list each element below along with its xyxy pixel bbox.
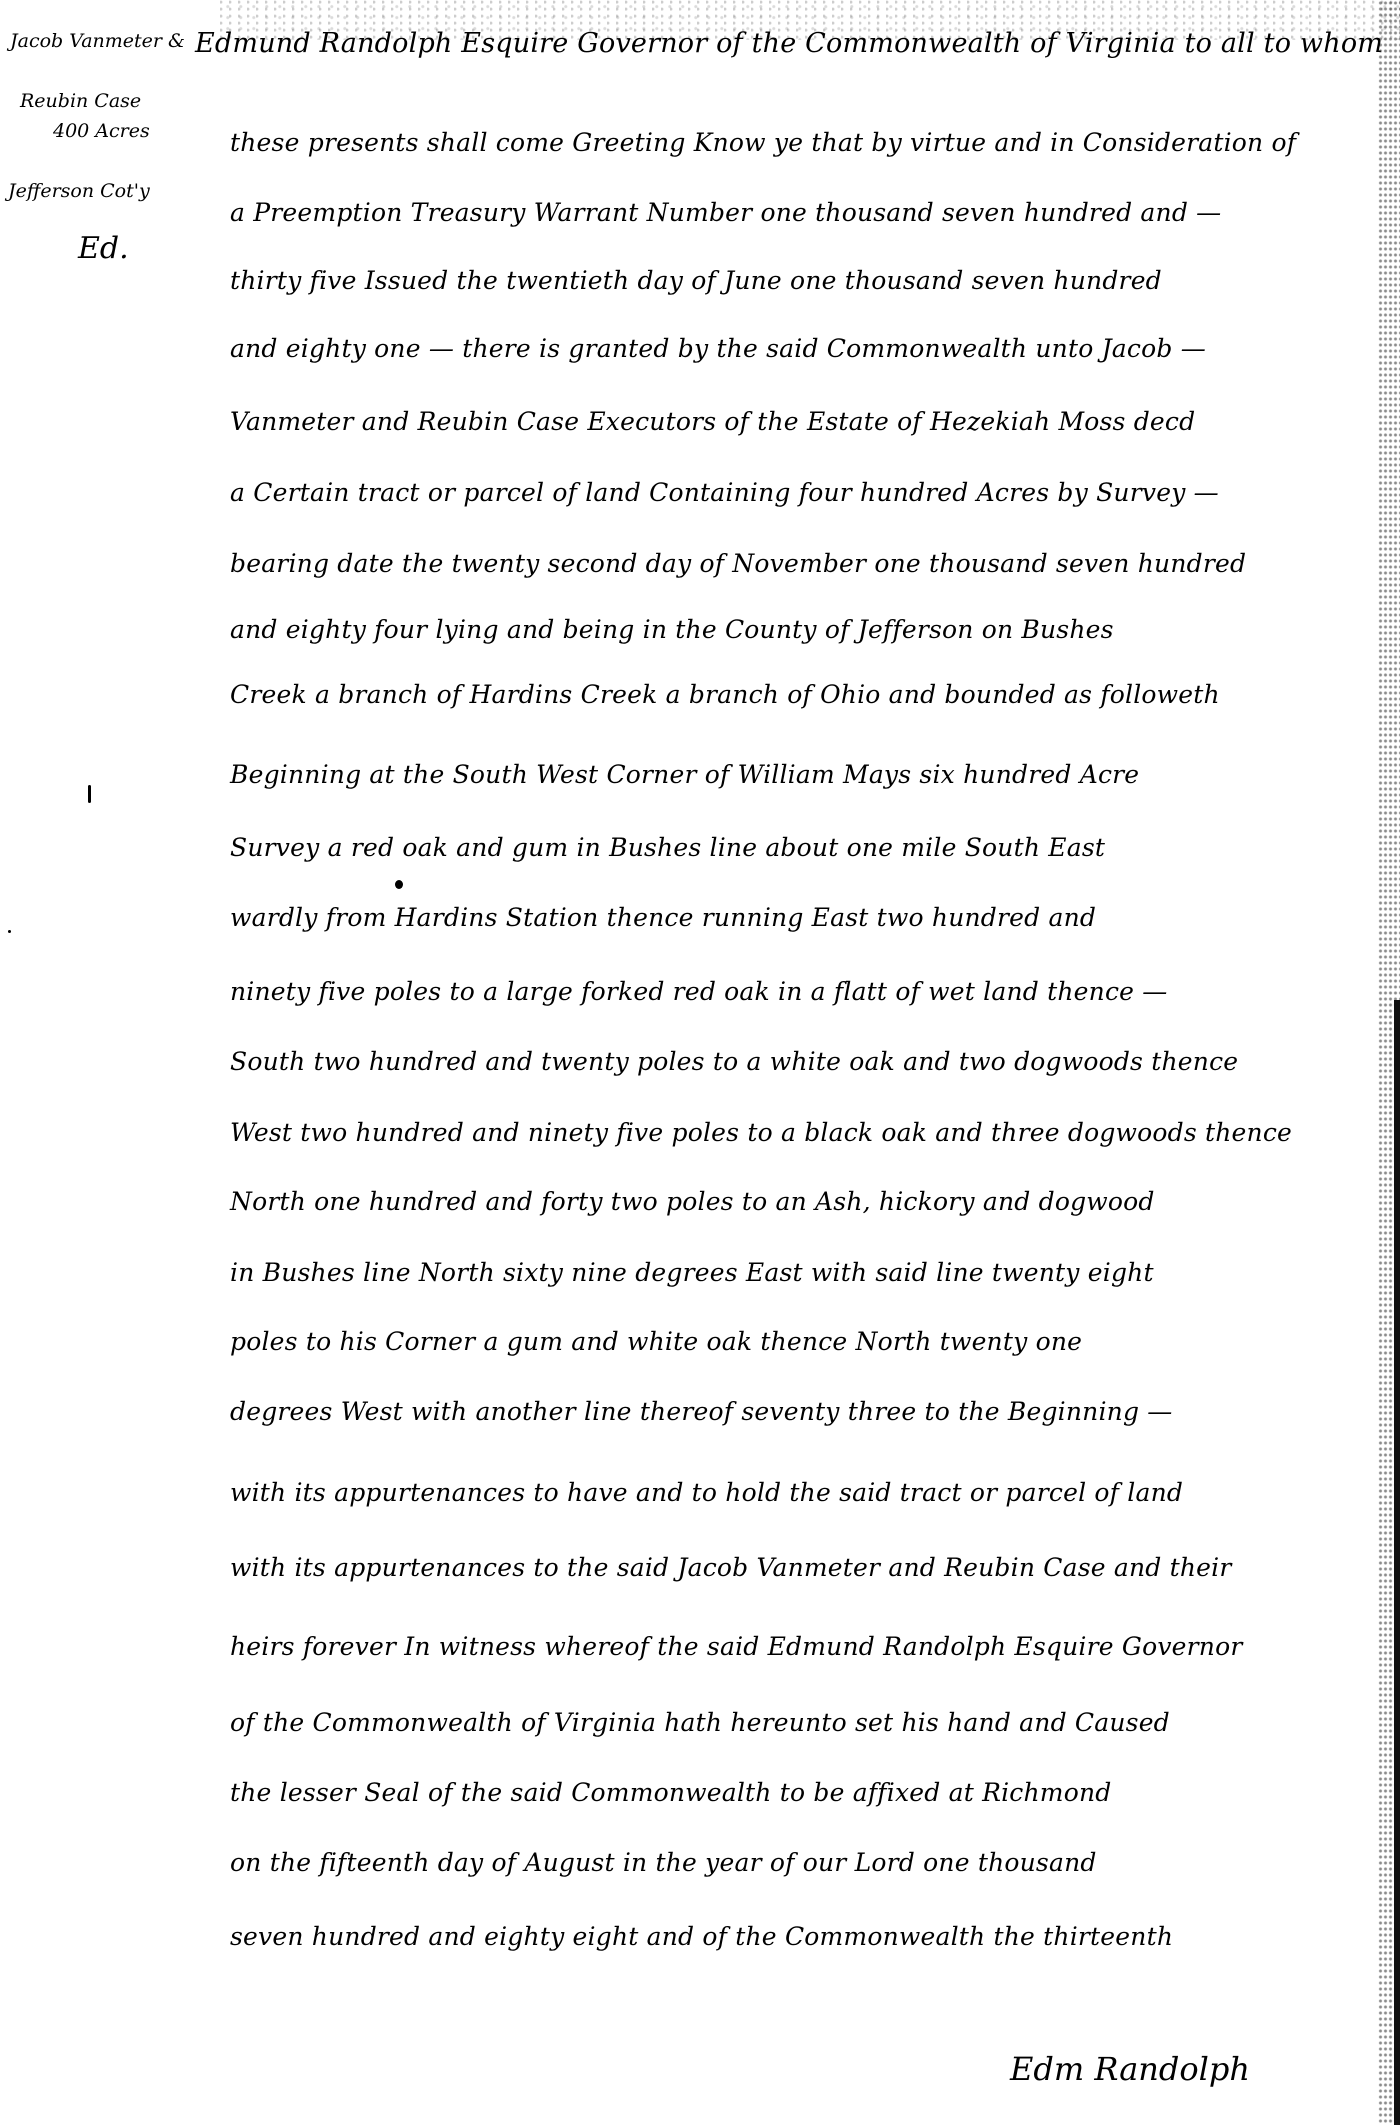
document-line: wardly from Hardins Station thence runni… — [230, 903, 1096, 932]
ink-dot — [8, 930, 11, 933]
scan-edge-right — [1378, 0, 1400, 2125]
document-line: the lesser Seal of the said Commonwealth… — [230, 1778, 1111, 1807]
document-line: Beginning at the South West Corner of Wi… — [230, 760, 1139, 789]
ink-mark — [88, 785, 91, 803]
document-line: thirty five Issued the twentieth day of … — [230, 266, 1162, 295]
document-line: and eighty four lying and being in the C… — [230, 615, 1114, 644]
document-line: a Certain tract or parcel of land Contai… — [230, 478, 1219, 507]
document-line: Vanmeter and Reubin Case Executors of th… — [230, 407, 1195, 436]
ink-blot — [395, 880, 403, 889]
document-line: degrees West with another line thereof s… — [230, 1397, 1173, 1426]
margin-note-acreage: 400 Acres — [53, 120, 150, 144]
document-line: Creek a branch of Hardins Creek a branch… — [230, 680, 1220, 709]
document-line: seven hundred and eighty eight and of th… — [230, 1922, 1173, 1951]
document-line: Survey a red oak and gum in Bushes line … — [230, 833, 1105, 862]
document-line: heirs forever In witness whereof the sai… — [230, 1632, 1243, 1661]
document-line: of the Commonwealth of Virginia hath her… — [230, 1708, 1170, 1737]
document-line: bearing date the twenty second day of No… — [230, 549, 1246, 578]
document-line: North one hundred and forty two poles to… — [230, 1187, 1155, 1216]
document-line: Edmund Randolph Esquire Governor of the … — [195, 28, 1383, 59]
document-line: in Bushes line North sixty nine degrees … — [230, 1258, 1154, 1287]
margin-note-grantees: Jacob Vanmeter & — [10, 30, 185, 54]
document-line: these presents shall come Greeting Know … — [230, 128, 1296, 157]
document-line: West two hundred and ninety five poles t… — [230, 1118, 1292, 1147]
document-line: with its appurtenances to the said Jacob… — [230, 1553, 1232, 1582]
margin-note-grantee-2: Reubin Case — [20, 90, 141, 114]
document-line: poles to his Corner a gum and white oak … — [230, 1327, 1082, 1356]
document-line: ninety five poles to a large forked red … — [230, 977, 1168, 1006]
document-line: and eighty one — there is granted by the… — [230, 334, 1206, 363]
document-line: a Preemption Treasury Warrant Number one… — [230, 198, 1221, 227]
margin-note-county: Jefferson Cot'y — [8, 180, 150, 204]
governor-signature: Edm Randolph — [1010, 2050, 1250, 2088]
document-line: South two hundred and twenty poles to a … — [230, 1047, 1238, 1076]
document-line: with its appurtenances to have and to ho… — [230, 1478, 1183, 1507]
margin-note-initials: Ed. — [78, 230, 129, 268]
document-line: on the fifteenth day of August in the ye… — [230, 1848, 1097, 1877]
